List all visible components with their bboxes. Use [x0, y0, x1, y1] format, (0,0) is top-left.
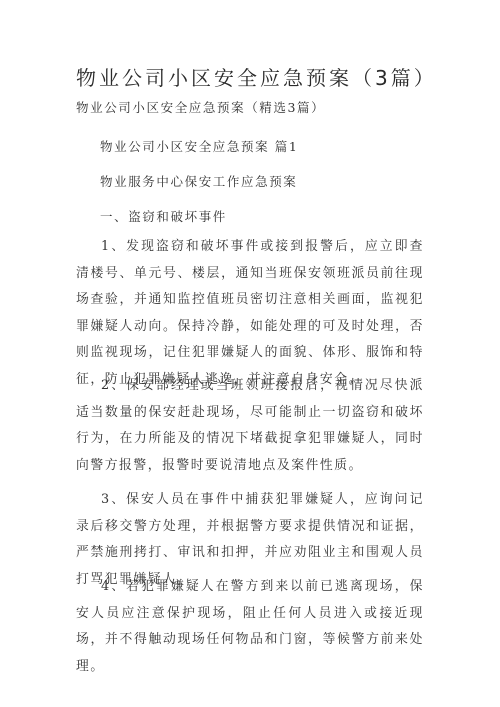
plan-title: 物业服务中心保安工作应急预案	[100, 172, 297, 190]
paragraph-4: 4、若犯罪嫌疑人在警方到来以前已逃离现场，保安人员应注意保护现场，阻止任何人员进…	[76, 574, 424, 680]
paragraph-2: 2、保安部经理或当班领班接报后，视情况尽快派适当数量的保安赶赴现场，尽可能制止一…	[76, 373, 424, 479]
part-heading: 一、盗窃和破坏事件	[100, 207, 227, 225]
paragraph-1: 1、发现盗窃和破坏事件或接到报警后，应立即查清楼号、单元号、楼层，通知当班保安领…	[76, 234, 424, 393]
document-title: 物业公司小区安全应急预案（3篇）	[76, 62, 437, 91]
document-page: 物业公司小区安全应急预案（3篇） 物业公司小区安全应急预案（精选3篇） 物业公司…	[0, 0, 500, 707]
document-subtitle: 物业公司小区安全应急预案（精选3篇）	[76, 98, 325, 116]
section-heading: 物业公司小区安全应急预案 篇1	[100, 137, 298, 155]
